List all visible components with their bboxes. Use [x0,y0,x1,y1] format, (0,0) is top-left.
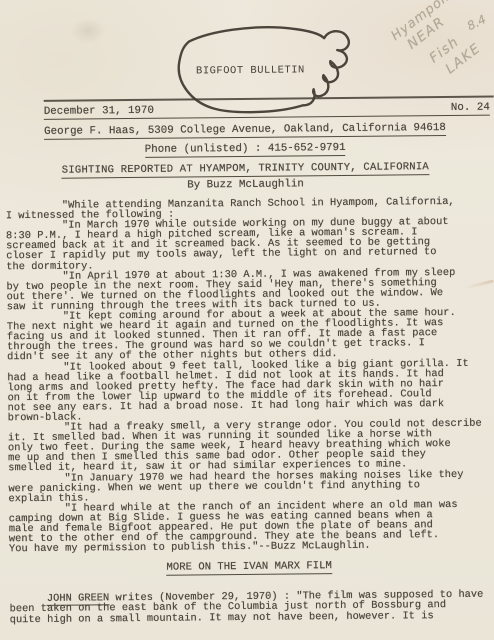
issue-number: No. 24 [451,101,490,113]
paragraph: "It looked about 9 feet tall, looked lik… [7,358,492,423]
paragraph: "I heard while at the ranch of an incide… [9,499,493,554]
publisher-address-line: George F. Haas, 5309 College Avenue, Oak… [0,122,492,139]
masthead-title: BIGFOOT BULLETIN [196,64,305,77]
article-title-line: SIGHTING REPORTED AT HYAMPOM, TRINITY CO… [0,161,492,178]
article-body: "While attending Manzanita Ranch School … [6,197,493,555]
paragraph: "It had a freaky smell, a very strange o… [8,419,492,474]
article-byline: By Buzz McLaughlin [0,177,493,194]
issue-info-row: December 31, 1970 No. 24 [44,100,490,120]
publisher-address: George F. Haas, 5309 College Avenue, Oak… [44,122,446,140]
phone-line: Phone (unlisted) : 415-652-9791 [0,141,492,158]
bulletin-scanned-page: Hyampom 8.4 NEAR Fish LAKE BIGFOOT BULLE… [0,0,494,640]
phone-number: Phone (unlisted) : 415-652-9791 [145,142,346,158]
paragraph: "In April 1970 at about 1:30 A.M., I was… [6,267,490,312]
issue-date: December 31, 1970 [44,104,154,117]
section-body: JOHN GREEN writes (November 29, 1970) : … [9,579,493,637]
paragraph: "It kept coming around for about a week … [7,308,491,363]
paragraph: "In March 1970 while outside working on … [6,217,490,272]
section-title-line: MORE ON THE IVAN MARX FILM [2,559,494,576]
handwritten-note-number: 8.4 [465,12,488,33]
section-title: MORE ON THE IVAN MARX FILM [166,560,331,576]
page-content: Hyampom 8.4 NEAR Fish LAKE BIGFOOT BULLE… [0,0,494,640]
article-title: SIGHTING REPORTED AT HYAMPOM, TRINITY CO… [62,161,429,179]
